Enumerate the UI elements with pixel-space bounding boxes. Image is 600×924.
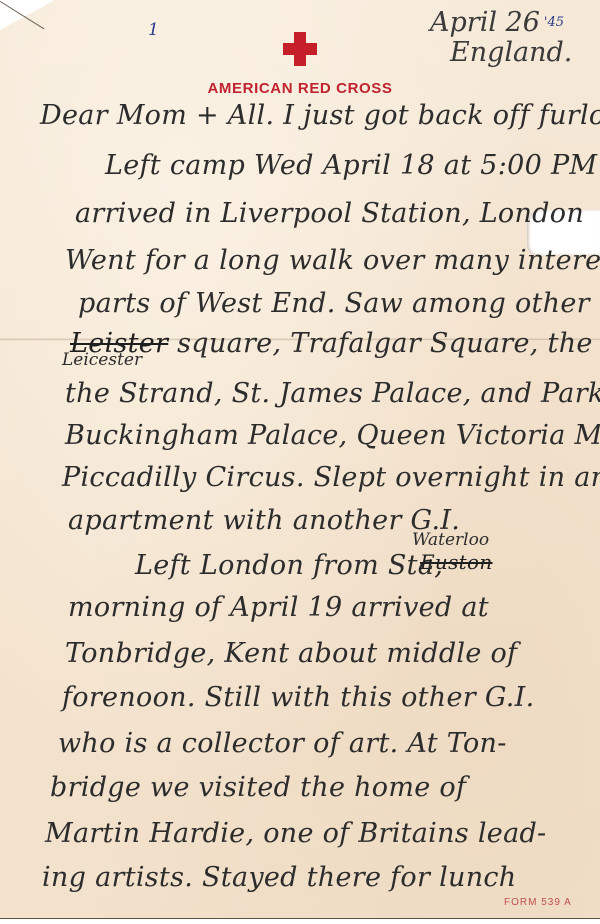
letter-line-text: square, Trafalgar Square, the Mall, <box>177 328 600 359</box>
letter-line: Left camp Wed April 18 at 5:00 PM <box>105 150 597 181</box>
letter-line: Piccadilly Circus. Slept overnight in an <box>62 462 600 493</box>
letter-line-with-correction: Left London from Sta, <box>135 550 443 581</box>
date-place: England. <box>450 38 572 68</box>
salutation: Dear Mom + All. I just got back off furl… <box>40 100 600 131</box>
date-text: April 26 <box>430 7 540 38</box>
letter-line: forenoon. Still with this other G.I. <box>62 682 535 713</box>
letter-line-text: Left London from Sta, <box>135 550 443 581</box>
inserted-correction: Leicester <box>62 350 142 370</box>
folded-corner <box>0 0 55 30</box>
date-block: April 26'45 England. <box>430 8 572 68</box>
struck-word: Euston <box>420 550 493 574</box>
date-year: '45 <box>544 15 564 30</box>
letter-line: Went for a long walk over many interesti… <box>65 245 600 276</box>
page-number: 1 <box>148 20 159 40</box>
letter-line: apartment with another G.I. <box>68 505 460 536</box>
form-number: FORM 539 A <box>504 897 572 908</box>
letter-line-with-correction: Leister square, Trafalgar Square, the Ma… <box>70 328 600 359</box>
letter-page: 1 AMERICAN RED CROSS April 26'45 England… <box>0 0 600 918</box>
page-bottom-edge <box>0 918 600 924</box>
letter-line: bridge we visited the home of <box>50 772 466 803</box>
letter-line: ing artists. Stayed there for lunch <box>42 862 517 893</box>
organization-name: AMERICAN RED CROSS <box>190 80 410 97</box>
letter-line: arrived in Liverpool Station, London <box>75 198 584 229</box>
letter-line: who is a collector of art. At Ton- <box>58 728 507 759</box>
letter-line: Tonbridge, Kent about middle of <box>65 638 517 669</box>
red-cross-icon <box>283 32 317 66</box>
letter-line: parts of West End. Saw among other thing… <box>78 288 600 319</box>
letter-line: Buckingham Palace, Queen Victoria Memori… <box>65 420 600 451</box>
inserted-correction: Waterloo <box>412 530 489 550</box>
letter-line: morning of April 19 arrived at <box>68 592 489 623</box>
letterhead: AMERICAN RED CROSS <box>190 32 410 97</box>
letter-line: Martin Hardie, one of Britains lead- <box>45 818 546 849</box>
letter-line: the Strand, St. James Palace, and Park <box>65 378 600 409</box>
